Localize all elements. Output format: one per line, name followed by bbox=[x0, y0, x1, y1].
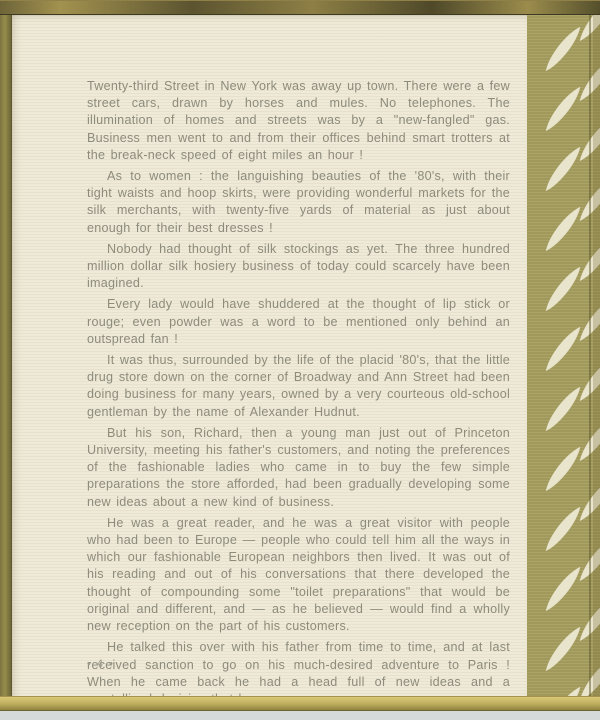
paragraph: He was a great reader, and he was a grea… bbox=[87, 515, 510, 635]
gilt-border-left bbox=[0, 15, 12, 697]
paragraph: It was thus, surrounded by the life of t… bbox=[87, 352, 510, 421]
cover-fold-line bbox=[589, 15, 591, 697]
book-page-scan: Twenty-third Street in New York was away… bbox=[0, 0, 600, 720]
scan-background-strip bbox=[0, 711, 600, 720]
page-text: Twenty-third Street in New York was away… bbox=[87, 78, 510, 708]
gilt-border-top bbox=[0, 0, 600, 15]
paragraph: Nobody had thought of silk stockings as … bbox=[87, 241, 510, 293]
leaf-ornament-band bbox=[527, 15, 600, 697]
paper-page: Twenty-third Street in New York was away… bbox=[12, 15, 527, 697]
paragraph: As to women : the languishing beauties o… bbox=[87, 168, 510, 237]
paragraph: But his son, Richard, then a young man j… bbox=[87, 425, 510, 511]
paragraph: Every lady would have shuddered at the t… bbox=[87, 296, 510, 348]
band-edge-shade bbox=[593, 15, 600, 697]
page-number: • 4 • bbox=[87, 658, 114, 670]
gilt-border-bottom bbox=[0, 696, 600, 711]
paragraph: Twenty-third Street in New York was away… bbox=[87, 78, 510, 164]
